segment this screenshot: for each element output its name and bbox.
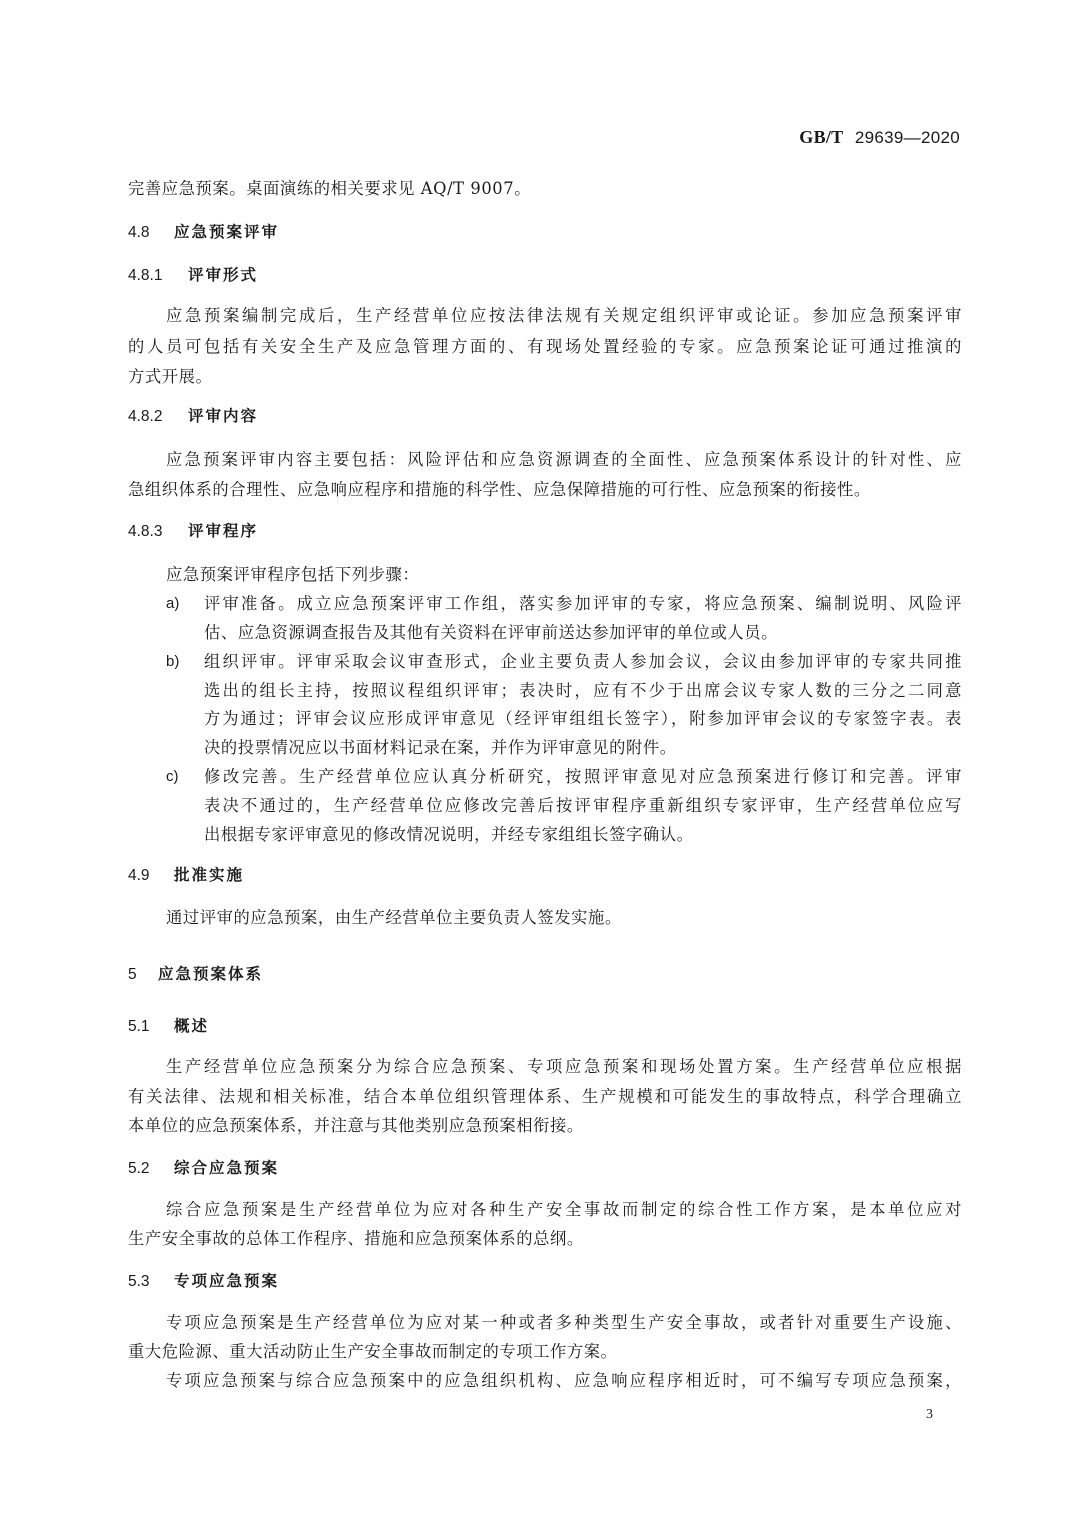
section-title: 专项应急预案 [174, 1272, 279, 1290]
section-heading-4-8-2: 4.8.2评审内容 [128, 406, 258, 427]
section-number: 4.8.2 [128, 407, 188, 427]
section-number: 4.8.1 [128, 266, 188, 286]
paragraph-line: 专项应急预案与综合应急预案中的应急组织机构、应急响应程序相近时，可不编写专项应急… [166, 1371, 962, 1391]
paragraph-line: 本单位的应急预案体系，并注意与其他类别应急预案相衔接。 [128, 1116, 584, 1136]
paragraph-line: 生产经营单位应急预案分为综合应急预案、专项应急预案和现场处置方案。生产经营单位应… [166, 1057, 962, 1077]
standard-prefix: GB/T [799, 127, 843, 147]
list-item-label: b) [166, 652, 179, 672]
section-title: 综合应急预案 [174, 1159, 279, 1177]
section-title: 应急预案评审 [174, 223, 279, 241]
list-item-line: 表决不通过的，生产经营单位应修改完善后按评审程序重新组织专家评审，生产经营单位应… [204, 796, 962, 816]
list-item-line: 选出的组长主持，按照议程组织评审；表决时，应有不少于出席会议专家人数的三分之二同… [204, 681, 962, 701]
section-heading-5-2: 5.2综合应急预案 [128, 1158, 279, 1179]
carryover-paragraph: 完善应急预案。桌面演练的相关要求见 AQ/T 9007。 [128, 179, 531, 199]
paragraph-line: 方式开展。 [128, 367, 212, 387]
section-heading-5-3: 5.3专项应急预案 [128, 1271, 279, 1292]
list-item-label: c) [166, 767, 179, 787]
list-item-line: 估、应急资源调查报告及其他有关资料在评审前送达参加评审的单位或人员。 [204, 623, 778, 643]
section-heading-4-8-1: 4.8.1评审形式 [128, 265, 258, 286]
section-heading-4-9: 4.9批准实施 [128, 865, 244, 886]
paragraph-line: 生产安全事故的总体工作程序、措施和应急预案体系的总纲。 [128, 1229, 584, 1249]
section-heading-5: 5应急预案体系 [128, 964, 263, 985]
paragraph-line: 有关法律、法规和相关标准，结合本单位组织管理体系、生产规模和可能发生的事故特点，… [128, 1087, 962, 1107]
page-number: 3 [926, 1407, 933, 1423]
section-number: 4.9 [128, 866, 174, 886]
document-page: GB/T 29639—2020 完善应急预案。桌面演练的相关要求见 AQ/T 9… [0, 0, 1074, 1520]
list-item-line: 方为通过；评审会议应形成评审意见（经评审组组长签字），附参加评审会议的专家签字表… [204, 709, 962, 729]
section-title: 应急预案体系 [158, 965, 263, 983]
section-title: 批准实施 [174, 866, 244, 884]
paragraph-line: 应急预案编制完成后，生产经营单位应按法律法规有关规定组织评审或论证。参加应急预案… [166, 306, 962, 326]
paragraph-line: 专项应急预案是生产经营单位为应对某一种或者多种类型生产安全事故，或者针对重要生产… [166, 1313, 962, 1333]
paragraph-line: 应急预案评审内容主要包括：风险评估和应急资源调查的全面性、应急预案体系设计的针对… [166, 450, 962, 470]
list-item-line: 决的投票情况应以书面材料记录在案，并作为评审意见的附件。 [204, 738, 677, 758]
list-item-label: a) [166, 594, 179, 614]
section-title: 概述 [174, 1017, 209, 1035]
list-item-line: 组织评审。评审采取会议审查形式，企业主要负责人参加会议，会议由参加评审的专家共同… [204, 652, 962, 672]
paragraph-line: 急组织体系的合理性、应急响应程序和措施的科学性、应急保障措施的可行性、应急预案的… [128, 480, 871, 500]
section-heading-4-8-3: 4.8.3评审程序 [128, 521, 258, 542]
paragraph-line: 重大危险源、重大活动防止生产安全事故而制定的专项工作方案。 [128, 1342, 618, 1362]
paragraph-line: 综合应急预案是生产经营单位为应对各种生产安全事故而制定的综合性工作方案，是本单位… [166, 1200, 962, 1220]
section-number: 5.2 [128, 1159, 174, 1179]
section-number: 4.8.3 [128, 522, 188, 542]
list-item-line: 出根据专家评审意见的修改情况说明，并经专家组组长签字确认。 [204, 825, 694, 845]
standard-code-header: GB/T 29639—2020 [799, 127, 960, 148]
list-item-line: 修改完善。生产经营单位应认真分析研究，按照评审意见对应急预案进行修订和完善。评审 [204, 767, 962, 787]
section-number: 5 [128, 965, 158, 985]
section-heading-4-8: 4.8应急预案评审 [128, 222, 279, 243]
list-item-line: 评审准备。成立应急预案评审工作组，落实参加评审的专家，将应急预案、编制说明、风险… [204, 594, 962, 614]
paragraph-line: 的人员可包括有关安全生产及应急管理方面的、有现场处置经验的专家。应急预案论证可通… [128, 337, 962, 357]
section-title: 评审内容 [188, 407, 258, 425]
section-number: 5.1 [128, 1017, 174, 1037]
section-title: 评审形式 [188, 266, 258, 284]
standard-number: 29639—2020 [855, 128, 960, 147]
paragraph-line: 应急预案评审程序包括下列步骤： [166, 565, 419, 585]
section-number: 4.8 [128, 223, 174, 243]
paragraph-line: 通过评审的应急预案，由生产经营单位主要负责人签发实施。 [166, 908, 622, 928]
section-title: 评审程序 [188, 522, 258, 540]
section-number: 5.3 [128, 1272, 174, 1292]
section-heading-5-1: 5.1概述 [128, 1016, 209, 1037]
